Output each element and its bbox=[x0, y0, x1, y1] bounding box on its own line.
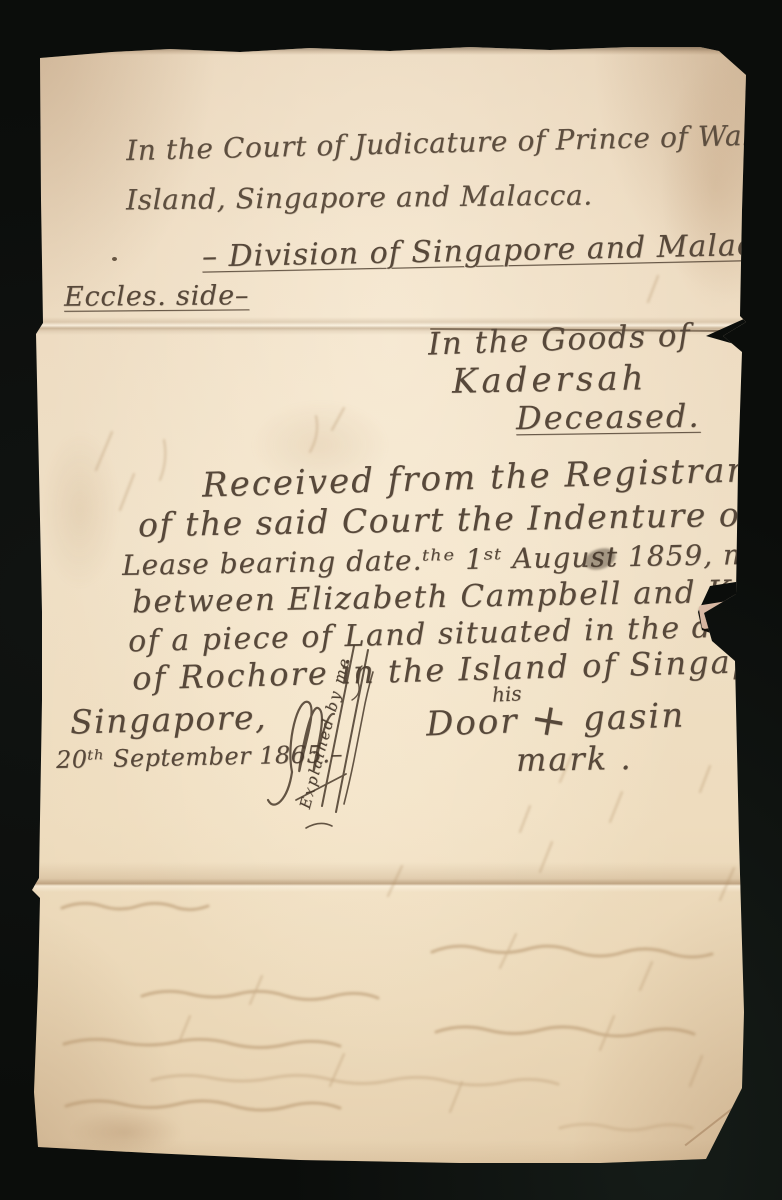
paper-sheet: In the Court of Judicature of Prince of … bbox=[0, 0, 782, 1200]
photograph-of-document: In the Court of Judicature of Prince of … bbox=[0, 0, 782, 1200]
signature-flourish bbox=[0, 0, 782, 1200]
